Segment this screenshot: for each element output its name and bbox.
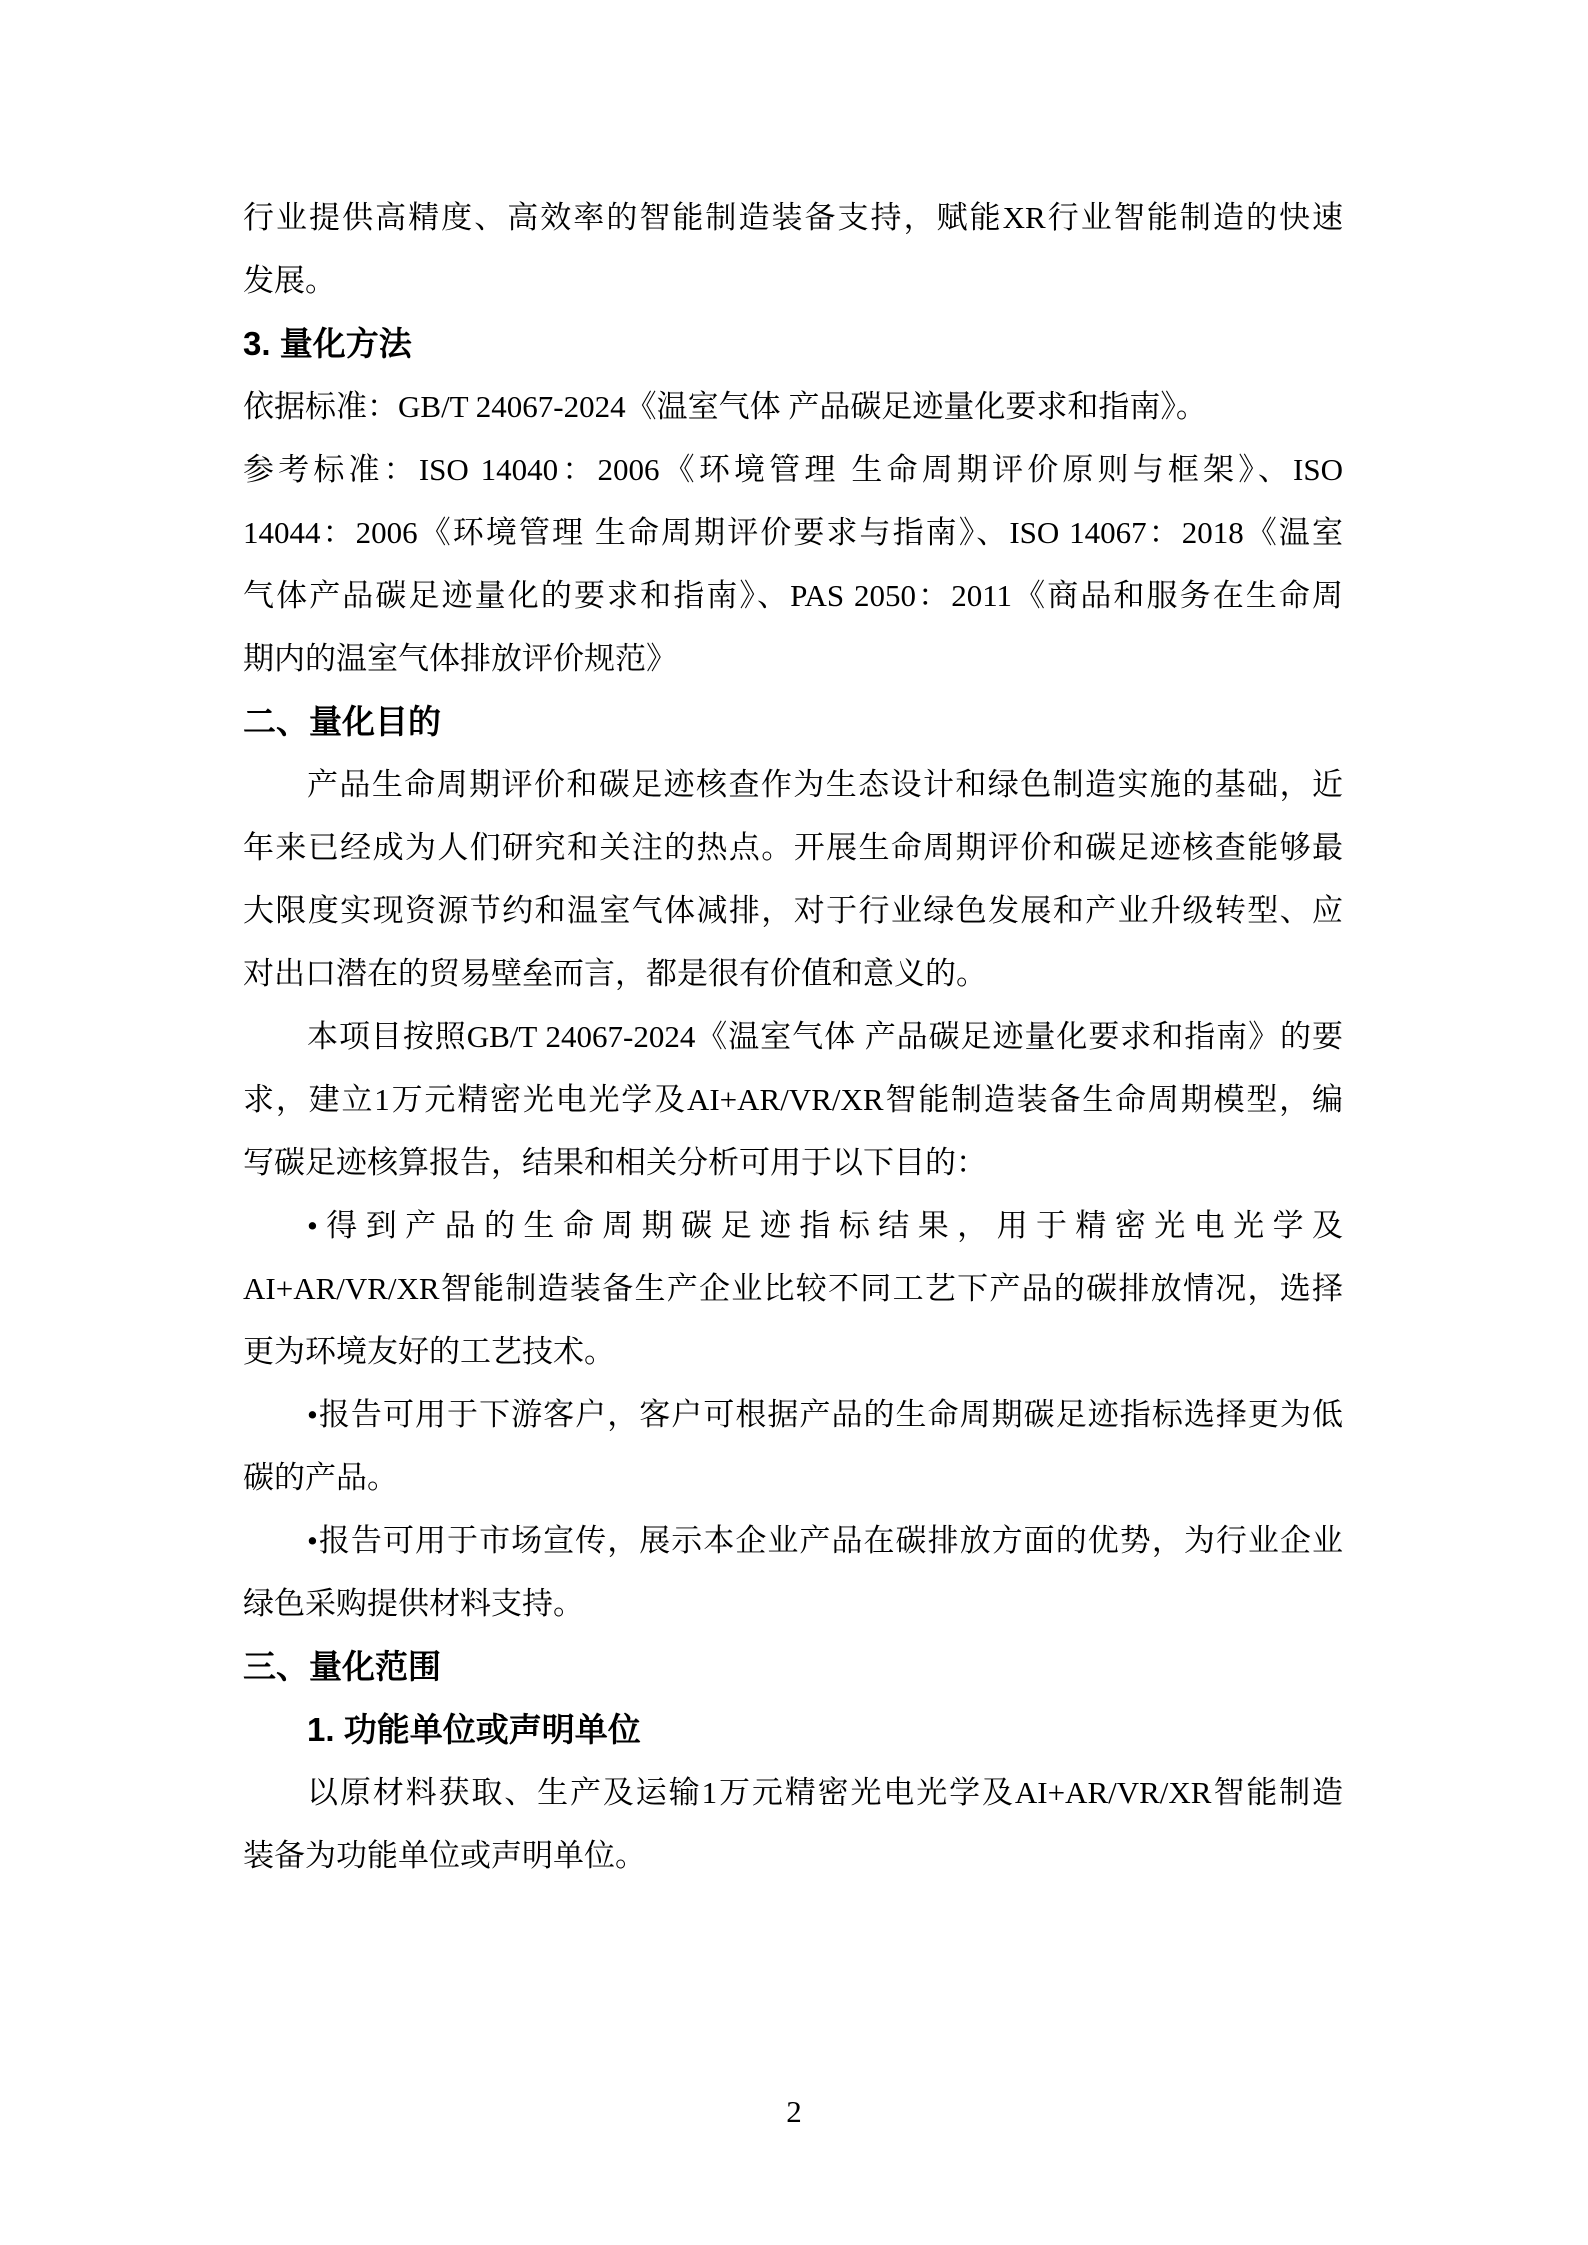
text-line: 行业提供高精度、高效率的智能制造装备支持，赋能XR行业智能制造的快速 — [243, 186, 1343, 249]
heading-quantification-purpose: 二、量化目的 — [243, 690, 1343, 753]
text-line: 更为环境友好的工艺技术。 — [243, 1320, 1343, 1383]
text-line: 参考标准：ISO 14040：2006《环境管理 生命周期评价原则与框架》、IS… — [243, 438, 1343, 501]
text-line: 碳的产品。 — [243, 1446, 1343, 1509]
heading-quantification-scope: 三、量化范围 — [243, 1635, 1343, 1698]
page-number: 2 — [0, 2080, 1588, 2143]
text-line: 发展。 — [243, 249, 1343, 312]
document-page: 行业提供高精度、高效率的智能制造装备支持，赋能XR行业智能制造的快速 发展。 3… — [0, 0, 1588, 2245]
document-body: 行业提供高精度、高效率的智能制造装备支持，赋能XR行业智能制造的快速 发展。 3… — [243, 186, 1343, 1887]
text-line: 写碳足迹核算报告，结果和相关分析可用于以下目的： — [243, 1131, 1343, 1194]
text-line: 绿色采购提供材料支持。 — [243, 1572, 1343, 1635]
text-line: 装备为功能单位或声明单位。 — [243, 1824, 1343, 1887]
text-line: 本项目按照GB/T 24067-2024《温室气体 产品碳足迹量化要求和指南》的… — [243, 1005, 1343, 1068]
text-line: 14044：2006《环境管理 生命周期评价要求与指南》、ISO 14067：2… — [243, 501, 1343, 564]
heading-functional-unit: 1. 功能单位或声明单位 — [243, 1698, 1343, 1761]
text-line: 对出口潜在的贸易壁垒而言，都是很有价值和意义的。 — [243, 942, 1343, 1005]
text-line: 求，建立1万元精密光电光学及AI+AR/VR/XR智能制造装备生命周期模型，编 — [243, 1068, 1343, 1131]
bullet-line: •得到产品的生命周期碳足迹指标结果，用于精密光电光学及 — [243, 1194, 1343, 1257]
text-line: 大限度实现资源节约和温室气体减排，对于行业绿色发展和产业升级转型、应 — [243, 879, 1343, 942]
text-line: AI+AR/VR/XR智能制造装备生产企业比较不同工艺下产品的碳排放情况，选择 — [243, 1257, 1343, 1320]
text-line: 产品生命周期评价和碳足迹核查作为生态设计和绿色制造实施的基础，近 — [243, 753, 1343, 816]
text-line: 年来已经成为人们研究和关注的热点。开展生命周期评价和碳足迹核查能够最 — [243, 816, 1343, 879]
text-line: 气体产品碳足迹量化的要求和指南》、PAS 2050：2011《商品和服务在生命周 — [243, 564, 1343, 627]
bullet-line: •报告可用于市场宣传，展示本企业产品在碳排放方面的优势，为行业企业 — [243, 1509, 1343, 1572]
text-line: 依据标准：GB/T 24067-2024《温室气体 产品碳足迹量化要求和指南》。 — [243, 375, 1343, 438]
bullet-line: •报告可用于下游客户，客户可根据产品的生命周期碳足迹指标选择更为低 — [243, 1383, 1343, 1446]
heading-quantification-method: 3. 量化方法 — [243, 312, 1343, 375]
text-line: 以原材料获取、生产及运输1万元精密光电光学及AI+AR/VR/XR智能制造 — [243, 1761, 1343, 1824]
text-line: 期内的温室气体排放评价规范》 — [243, 627, 1343, 690]
